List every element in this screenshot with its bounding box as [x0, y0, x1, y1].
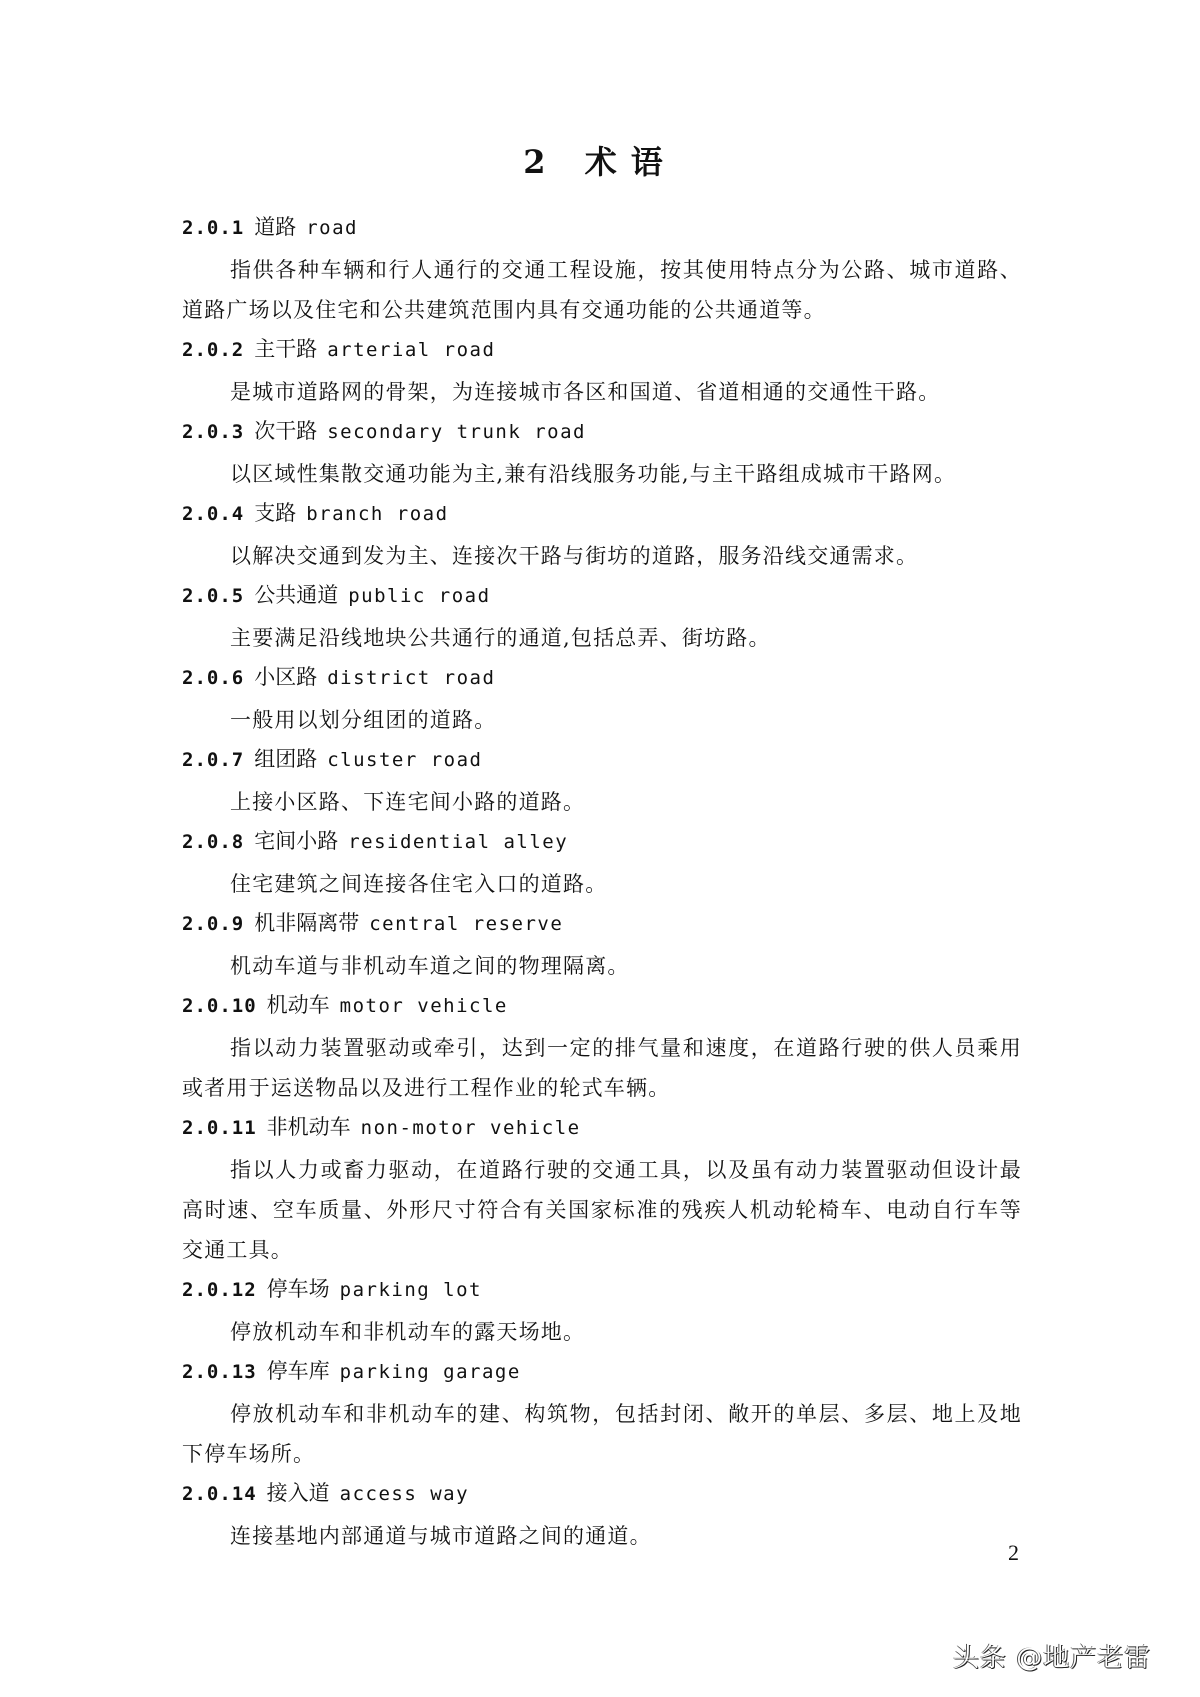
term-definition: 以解决交通到发为主、连接次干路与街坊的道路，服务沿线交通需求。: [182, 536, 1022, 576]
term-heading: 2.0.14接入道access way: [182, 1478, 1022, 1520]
term-entry: 2.0.8宅间小路residential alley 住宅建筑之间连接各住宅入口…: [182, 826, 1022, 904]
term-chinese: 道路: [254, 215, 296, 239]
term-english: district road: [327, 667, 495, 689]
term-english: central reserve: [369, 913, 563, 935]
term-definition: 是城市道路网的骨架，为连接城市各区和国道、省道相通的交通性干路。: [182, 372, 1022, 412]
term-chinese: 停车库: [267, 1359, 330, 1383]
term-entry: 2.0.12停车场parking lot 停放机动车和非机动车的露天场地。: [182, 1274, 1022, 1352]
term-chinese: 支路: [254, 501, 296, 525]
term-heading: 2.0.3次干路secondary trunk road: [182, 416, 1022, 458]
term-heading: 2.0.12停车场parking lot: [182, 1274, 1022, 1316]
term-english: parking lot: [340, 1279, 482, 1301]
term-english: secondary trunk road: [327, 421, 586, 443]
term-entry: 2.0.7组团路cluster road 上接小区路、下连宅间小路的道路。: [182, 744, 1022, 822]
term-definition: 以区域性集散交通功能为主,兼有沿线服务功能,与主干路组成城市干路网。: [182, 454, 1022, 494]
term-entry: 2.0.9机非隔离带central reserve 机动车道与非机动车道之间的物…: [182, 908, 1022, 986]
term-chinese: 宅间小路: [254, 829, 338, 853]
term-number: 2.0.9: [182, 913, 244, 935]
term-english: residential alley: [348, 831, 568, 853]
term-number: 2.0.7: [182, 749, 244, 771]
term-entry: 2.0.10机动车motor vehicle 指以动力装置驱动或牵引，达到一定的…: [182, 990, 1022, 1108]
document-page: 2 术语 2.0.1道路road 指供各种车辆和行人通行的交通工程设施，按其使用…: [0, 0, 1200, 1697]
term-chinese: 公共通道: [254, 583, 338, 607]
term-number: 2.0.13: [182, 1361, 257, 1383]
term-heading: 2.0.1道路road: [182, 212, 1022, 254]
term-number: 2.0.5: [182, 585, 244, 607]
term-english: access way: [340, 1483, 469, 1505]
term-entry: 2.0.4支路branch road 以解决交通到发为主、连接次干路与街坊的道路…: [182, 498, 1022, 576]
term-number: 2.0.10: [182, 995, 257, 1017]
page-number: 2: [1008, 1540, 1019, 1566]
term-definition: 指以人力或畜力驱动，在道路行驶的交通工具，以及虽有动力装置驱动但设计最高时速、空…: [182, 1150, 1022, 1270]
watermark: 头条 @地产老雷: [953, 1637, 1151, 1674]
term-heading: 2.0.11非机动车non-motor vehicle: [182, 1112, 1022, 1154]
term-chinese: 主干路: [254, 337, 317, 361]
term-entry: 2.0.13停车库parking garage 停放机动车和非机动车的建、构筑物…: [182, 1356, 1022, 1474]
term-number: 2.0.12: [182, 1279, 257, 1301]
term-definition: 停放机动车和非机动车的露天场地。: [182, 1312, 1022, 1352]
term-chinese: 机动车: [267, 993, 330, 1017]
term-definition: 连接基地内部通道与城市道路之间的通道。: [182, 1516, 1022, 1556]
term-english: non-motor vehicle: [361, 1117, 581, 1139]
term-definition: 指供各种车辆和行人通行的交通工程设施，按其使用特点分为公路、城市道路、道路广场以…: [182, 250, 1022, 330]
term-number: 2.0.14: [182, 1483, 257, 1505]
term-chinese: 组团路: [254, 747, 317, 771]
term-entry: 2.0.3次干路secondary trunk road 以区域性集散交通功能为…: [182, 416, 1022, 494]
terms-list: 2.0.1道路road 指供各种车辆和行人通行的交通工程设施，按其使用特点分为公…: [182, 212, 1022, 1560]
term-entry: 2.0.5公共通道public road 主要满足沿线地块公共通行的通道,包括总…: [182, 580, 1022, 658]
term-chinese: 小区路: [254, 665, 317, 689]
term-heading: 2.0.10机动车motor vehicle: [182, 990, 1022, 1032]
term-number: 2.0.8: [182, 831, 244, 853]
term-heading: 2.0.2主干路arterial road: [182, 334, 1022, 376]
term-chinese: 停车场: [267, 1277, 330, 1301]
term-definition: 上接小区路、下连宅间小路的道路。: [182, 782, 1022, 822]
term-english: cluster road: [327, 749, 482, 771]
term-english: parking garage: [340, 1361, 521, 1383]
term-english: road: [306, 217, 358, 239]
term-number: 2.0.2: [182, 339, 244, 361]
term-number: 2.0.11: [182, 1117, 257, 1139]
term-heading: 2.0.9机非隔离带central reserve: [182, 908, 1022, 950]
term-heading: 2.0.8宅间小路residential alley: [182, 826, 1022, 868]
term-english: arterial road: [327, 339, 495, 361]
term-definition: 指以动力装置驱动或牵引，达到一定的排气量和速度，在道路行驶的供人员乘用或者用于运…: [182, 1028, 1022, 1108]
term-definition: 一般用以划分组团的道路。: [182, 700, 1022, 740]
term-number: 2.0.1: [182, 217, 244, 239]
term-entry: 2.0.11非机动车non-motor vehicle 指以人力或畜力驱动，在道…: [182, 1112, 1022, 1270]
term-heading: 2.0.13停车库parking garage: [182, 1356, 1022, 1398]
term-entry: 2.0.2主干路arterial road 是城市道路网的骨架，为连接城市各区和…: [182, 334, 1022, 412]
term-chinese: 接入道: [267, 1481, 330, 1505]
term-heading: 2.0.4支路branch road: [182, 498, 1022, 540]
term-heading: 2.0.5公共通道public road: [182, 580, 1022, 622]
term-english: branch road: [306, 503, 448, 525]
term-entry: 2.0.14接入道access way 连接基地内部通道与城市道路之间的通道。: [182, 1478, 1022, 1556]
chapter-title: 2 术语: [0, 142, 1200, 182]
term-english: public road: [348, 585, 490, 607]
term-entry: 2.0.6小区路district road 一般用以划分组团的道路。: [182, 662, 1022, 740]
term-chinese: 机非隔离带: [254, 911, 359, 935]
term-number: 2.0.6: [182, 667, 244, 689]
term-heading: 2.0.6小区路district road: [182, 662, 1022, 704]
term-definition: 主要满足沿线地块公共通行的通道,包括总弄、街坊路。: [182, 618, 1022, 658]
term-heading: 2.0.7组团路cluster road: [182, 744, 1022, 786]
term-chinese: 次干路: [254, 419, 317, 443]
term-chinese: 非机动车: [267, 1115, 351, 1139]
term-number: 2.0.4: [182, 503, 244, 525]
term-definition: 停放机动车和非机动车的建、构筑物，包括封闭、敞开的单层、多层、地上及地下停车场所…: [182, 1394, 1022, 1474]
term-definition: 机动车道与非机动车道之间的物理隔离。: [182, 946, 1022, 986]
term-english: motor vehicle: [340, 995, 508, 1017]
term-number: 2.0.3: [182, 421, 244, 443]
term-definition: 住宅建筑之间连接各住宅入口的道路。: [182, 864, 1022, 904]
term-entry: 2.0.1道路road 指供各种车辆和行人通行的交通工程设施，按其使用特点分为公…: [182, 212, 1022, 330]
